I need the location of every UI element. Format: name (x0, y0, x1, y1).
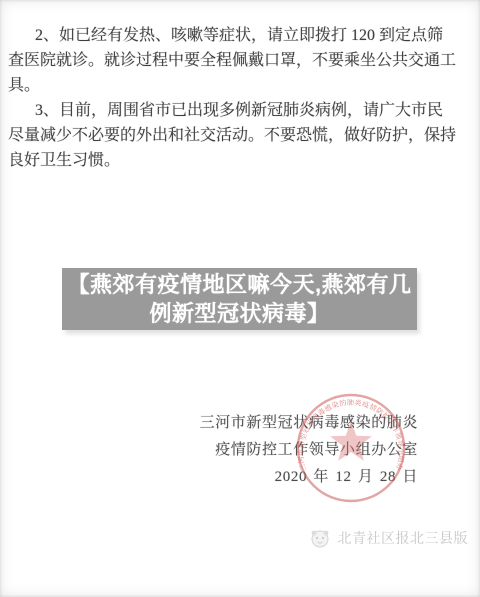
overlay-caption-line: 【燕郊有疫情地区嘛今天,燕郊有几 (67, 270, 411, 299)
signature-block: 三河市新型冠状病毒感染的肺炎 疫情防控工作领导小组办公室 2020 年 12 月… (200, 410, 418, 491)
paragraph-line: 良好卫生习惯。 (8, 148, 460, 173)
issue-date: 2020 年 12 月 28 日 (200, 464, 418, 491)
overlay-caption-line: 例新型冠状病毒】 (149, 299, 329, 328)
paragraph-line: 3、目前，周围省市已出现多例新冠肺炎病例，请广大市民 (8, 98, 460, 123)
document-photo: 2、如已经有发热、咳嗽等症状，请立即拨打 120 到定点筛 查医院就诊。就诊过程… (0, 0, 480, 597)
notice-body: 2、如已经有发热、咳嗽等症状，请立即拨打 120 到定点筛 查医院就诊。就诊过程… (8, 23, 460, 173)
issuing-org-line: 疫情防控工作领导小组办公室 (200, 437, 418, 464)
watermark-label: 北青社区报北三县版 (338, 528, 469, 548)
overlay-caption-banner: 【燕郊有疫情地区嘛今天,燕郊有几 例新型冠状病毒】 (62, 268, 417, 330)
watermark-logo-icon (309, 527, 331, 549)
paragraph-line: 尽量减少不必要的外出和社交活动。不要恐慌，做好防护，保持 (8, 123, 460, 148)
issuing-org-line: 三河市新型冠状病毒感染的肺炎 (200, 410, 418, 437)
paragraph-line: 查医院就诊。就诊过程中要全程佩戴口罩，不要乘坐公共交通工 (8, 48, 460, 73)
watermark: 北青社区报北三县版 (309, 527, 469, 549)
paragraph-line: 2、如已经有发热、咳嗽等症状，请立即拨打 120 到定点筛 (8, 23, 460, 48)
paragraph-line: 具。 (8, 73, 460, 98)
